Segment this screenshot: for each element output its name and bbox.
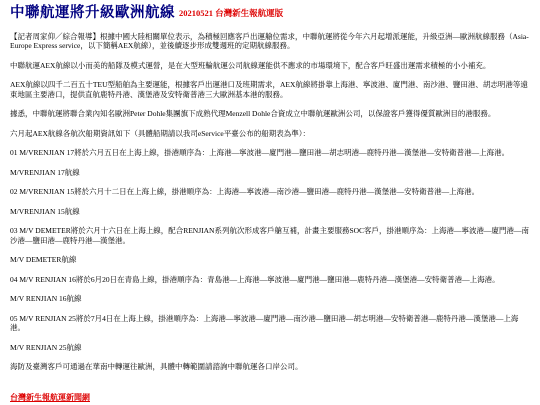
vessel-line-renjian-25: M/V RENJIAN 25航線 bbox=[10, 343, 530, 353]
paragraph-schedule-intro: 六月起AEX航線各航次船期資訊如下（具體船期請以我司eService平臺公布的船… bbox=[10, 129, 530, 139]
paragraph-dohle-jv: 據悉，中聯航運將聯合業內知名歐洲Peter Dohle集團旗下成熟代理Menze… bbox=[10, 109, 530, 119]
schedule-line-02: 02 M/VRENJIAN 15將於六月十二日在上海上線，掛港順序為：上海港—寧… bbox=[10, 187, 530, 197]
vessel-line-demeter: M/V DEMETER航線 bbox=[10, 255, 530, 265]
vessel-line-renjian-15: M/VRENJIAN 15航線 bbox=[10, 207, 530, 217]
paragraph-transshipment: 海防及臺灣客戶可通過在華南中轉運往歐洲，具體中轉範圍請諮詢中聯航運各口岸公司。 bbox=[10, 362, 530, 372]
schedule-line-01: 01 M/VRENJIAN 17將於六月五日在上海上線，掛港順序為：上海港—寧波… bbox=[10, 148, 530, 158]
date-edition-label: 20210521 台灣新生報航運版 bbox=[179, 8, 283, 18]
article-page: 中聯航運將升級歐洲航線20210521 台灣新生報航運版 【記者周家仰／綜合報導… bbox=[0, 0, 540, 405]
paragraph-fleet-model: 中聯航運AEX航線以小而美的船隊及模式運營，是在大型班輪航運公司航線運能供不應求… bbox=[10, 61, 530, 71]
source-news-link[interactable]: 台灣新生報航運新聞網 bbox=[10, 392, 90, 403]
paragraph-capacity-ports: AEX航線以四千二百五十TEU型船舶為主要運能，根據客戶出運港口及班期需求，AE… bbox=[10, 80, 530, 99]
page-title: 中聯航運將升級歐洲航線20210521 台灣新生報航運版 bbox=[10, 6, 530, 22]
paragraph-intro: 【記者周家仰／綜合報導】根據中國大陸相關單位表示，為積極回應客戶出運艙位需求，中… bbox=[10, 32, 530, 51]
schedule-line-05: 05 M/V RENJIAN 25將於7月4日在上海上線，掛港順序為：上海港—寧… bbox=[10, 314, 530, 333]
vessel-line-renjian-16: M/V RENJIAN 16航線 bbox=[10, 294, 530, 304]
schedule-line-03: 03 M/V DEMETER將於六月十六日在上海上線，配合RENJIAN系列航次… bbox=[10, 226, 530, 245]
vessel-line-renjian-17: M/VRENJIAN 17航線 bbox=[10, 168, 530, 178]
schedule-line-04: 04 M/V RENJIAN 16將於6月20日在青島上線，掛港順序為：青島港—… bbox=[10, 275, 530, 285]
article-title-text: 中聯航運將升級歐洲航線 bbox=[10, 5, 175, 21]
